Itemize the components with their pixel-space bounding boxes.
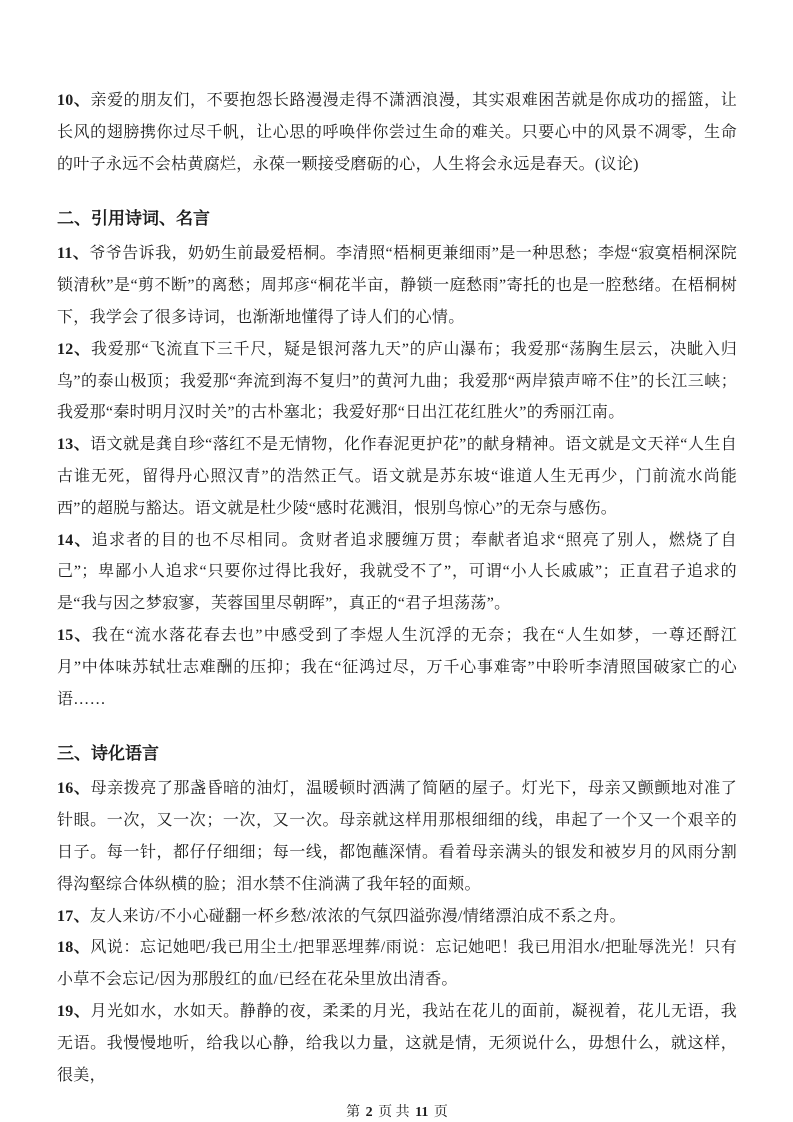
- page-footer: 第 2 页 共 11 页: [57, 1101, 737, 1121]
- paragraph-18-text: 风说：忘记她吧/我已用尘土/把罪恶埋葬/雨说：忘记她吧！我已用泪水/把耻辱洗光！…: [57, 939, 737, 988]
- paragraph-13-text: 语文就是龚自珍“落红不是无情物，化作春泥更护花”的献身精神。语文就是文天祥“人生…: [57, 436, 737, 517]
- paragraph-16-number: 16、: [57, 780, 90, 797]
- paragraph-18-number: 18、: [57, 939, 90, 956]
- paragraph-14-text: 追求者的目的也不尽相同。贪财者追求腰缠万贯；奉献者追求“照亮了别人，燃烧了自己”…: [57, 532, 737, 613]
- section-heading-quotes: 二、引用诗词、名言: [57, 206, 737, 232]
- paragraph-13-number: 13、: [57, 436, 90, 453]
- section-heading-poetic-language: 三、诗化语言: [57, 741, 737, 767]
- paragraph-11-text: 爷爷告诉我，奶奶生前最爱梧桐。李清照“梧桐更兼细雨”是一种思愁；李煜“寂寞梧桐深…: [57, 245, 737, 326]
- paragraph-12: 12、我爱那“飞流直下三千尺，疑是银河落九天”的庐山瀑布；我爱那“荡胸生层云，决…: [57, 334, 737, 429]
- paragraph-12-text: 我爱那“飞流直下三千尺，疑是银河落九天”的庐山瀑布；我爱那“荡胸生层云，决眦入归…: [57, 341, 737, 422]
- paragraph-13: 13、语文就是龚自珍“落红不是无情物，化作春泥更护花”的献身精神。语文就是文天祥…: [57, 429, 737, 524]
- paragraph-12-number: 12、: [57, 341, 91, 358]
- footer-label-ye: 页: [434, 1105, 448, 1120]
- paragraph-17-text: 友人来访/不小心碰翻一杯乡愁/浓浓的气氛四溢弥漫/情绪漂泊成不系之舟。: [90, 908, 626, 925]
- footer-label-di: 第: [346, 1105, 360, 1120]
- paragraph-19-text: 月光如水，水如天。静静的夜，柔柔的月光，我站在花儿的面前，凝视着，花儿无语，我无…: [57, 1003, 737, 1084]
- footer-total-pages: 11: [413, 1105, 430, 1120]
- document-page: 10、亲爱的朋友们，不要抱怨长路漫漫走得不潇洒浪漫，其实艰难困苦就是你成功的摇篮…: [0, 0, 793, 1122]
- paragraph-10: 10、亲爱的朋友们，不要抱怨长路漫漫走得不潇洒浪漫，其实艰难困苦就是你成功的摇篮…: [57, 85, 737, 180]
- paragraph-11-number: 11、: [57, 245, 89, 262]
- paragraph-18: 18、风说：忘记她吧/我已用尘土/把罪恶埋葬/雨说：忘记她吧！我已用泪水/把耻辱…: [57, 932, 737, 996]
- paragraph-15: 15、我在“流水落花春去也”中感受到了李煜人生沉浮的无奈；我在“人生如梦，一尊还…: [57, 620, 737, 715]
- paragraph-10-text: 亲爱的朋友们，不要抱怨长路漫漫走得不潇洒浪漫，其实艰难困苦就是你成功的摇篮，让长…: [57, 92, 737, 173]
- paragraph-15-text: 我在“流水落花春去也”中感受到了李煜人生沉浮的无奈；我在“人生如梦，一尊还酹江月…: [57, 627, 737, 708]
- paragraph-14-number: 14、: [57, 532, 92, 549]
- footer-page-number: 2: [364, 1105, 375, 1120]
- paragraph-17: 17、友人来访/不小心碰翻一杯乡愁/浓浓的气氛四溢弥漫/情绪漂泊成不系之舟。: [57, 901, 737, 933]
- paragraph-17-number: 17、: [57, 908, 90, 925]
- paragraph-10-number: 10、: [57, 92, 90, 109]
- paragraph-15-number: 15、: [57, 627, 92, 644]
- paragraph-16: 16、母亲拨亮了那盏昏暗的油灯，温暖顿时洒满了简陋的屋子。灯光下，母亲又颤颤地对…: [57, 773, 737, 900]
- paragraph-16-text: 母亲拨亮了那盏昏暗的油灯，温暖顿时洒满了简陋的屋子。灯光下，母亲又颤颤地对准了针…: [57, 780, 737, 892]
- footer-label-ye-gong: 页 共: [378, 1105, 410, 1120]
- paragraph-19: 19、月光如水，水如天。静静的夜，柔柔的月光，我站在花儿的面前，凝视着，花儿无语…: [57, 996, 737, 1091]
- paragraph-14: 14、追求者的目的也不尽相同。贪财者追求腰缠万贯；奉献者追求“照亮了别人，燃烧了…: [57, 525, 737, 620]
- paragraph-19-number: 19、: [57, 1003, 90, 1020]
- paragraph-11: 11、爷爷告诉我，奶奶生前最爱梧桐。李清照“梧桐更兼细雨”是一种思愁；李煜“寂寞…: [57, 238, 737, 333]
